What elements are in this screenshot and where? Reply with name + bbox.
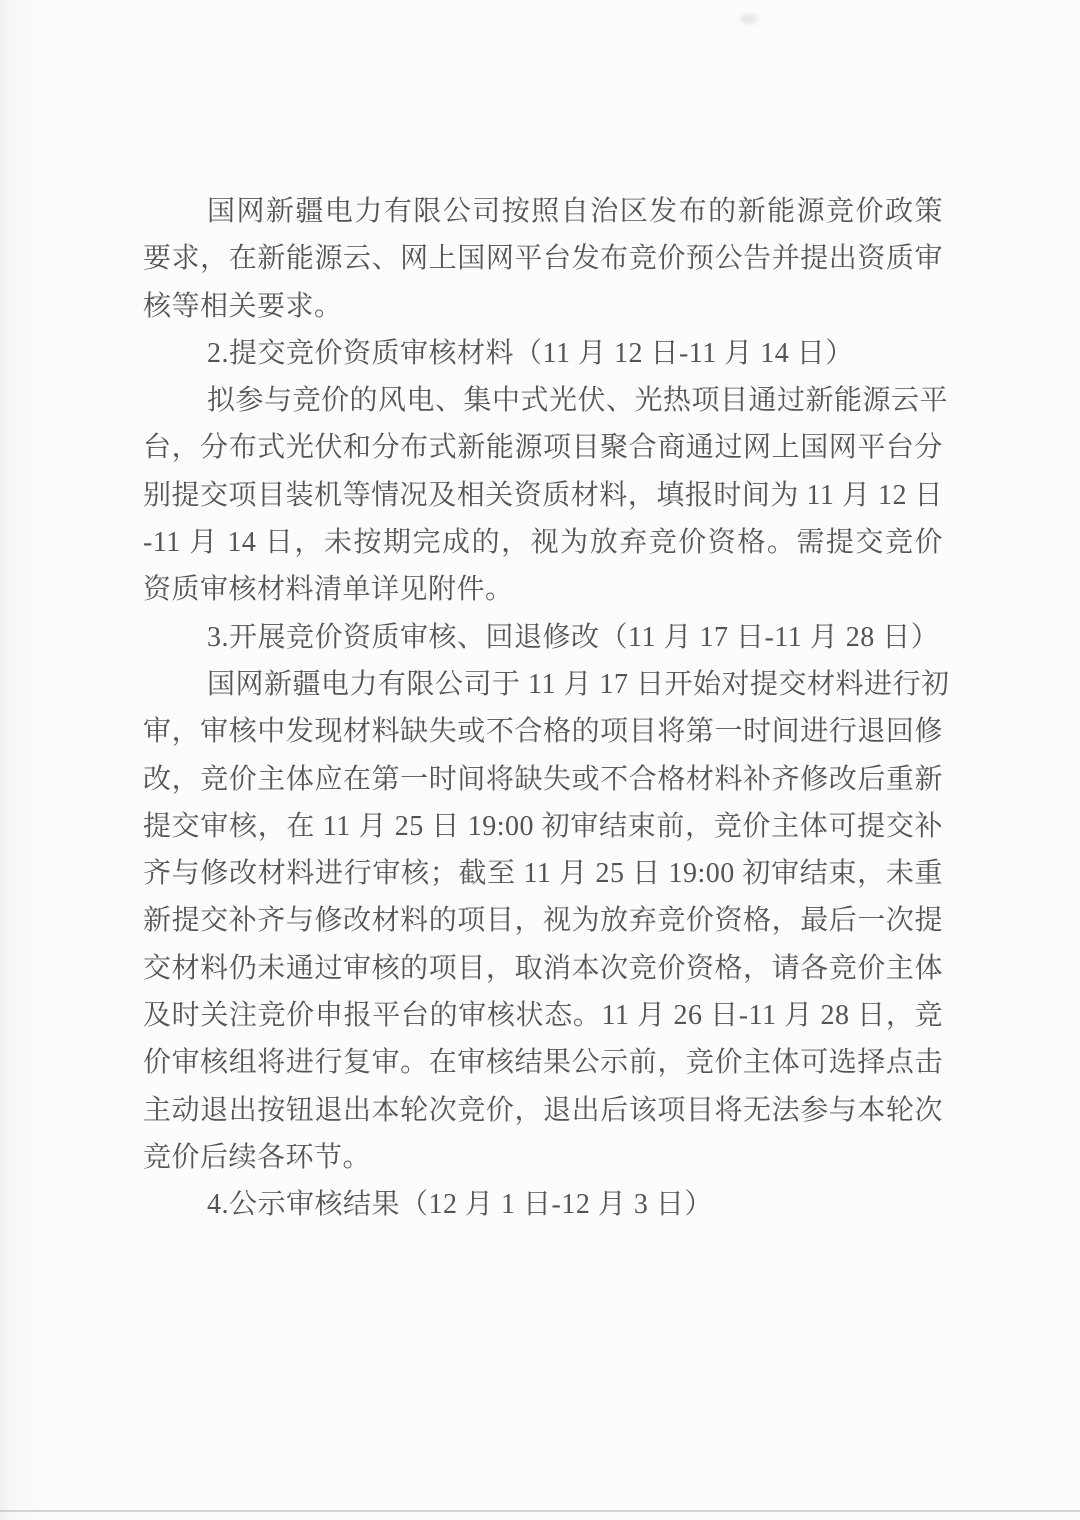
paragraph-4: 3.开展竞价资质审核、回退修改（11 月 17 日-11 月 28 日） (143, 614, 943, 661)
document-body: 国网新疆电力有限公司按照自治区发布的新能源竞价政策要求，在新能源云、网上国网平台… (143, 188, 943, 1229)
paragraph-2: 2.提交竞价资质审核材料（11 月 12 日-11 月 14 日） (143, 330, 943, 377)
text-line: 2.提交竞价资质审核材料（11 月 12 日-11 月 14 日） (143, 330, 943, 377)
text-line: 资质审核材料清单详见附件。 (143, 566, 943, 613)
text-line: 交材料仍未通过审核的项目，取消本次竞价资格，请各竞价主体 (143, 945, 943, 992)
text-line: 改，竞价主体应在第一时间将缺失或不合格材料补齐修改后重新 (143, 756, 943, 803)
text-line: 4.公示审核结果（12 月 1 日-12 月 3 日） (143, 1181, 943, 1228)
text-line: 齐与修改材料进行审核；截至 11 月 25 日 19:00 初审结束，未重 (143, 850, 943, 897)
document-page: 国网新疆电力有限公司按照自治区发布的新能源竞价政策要求，在新能源云、网上国网平台… (0, 0, 1080, 1520)
text-line: 国网新疆电力有限公司于 11 月 17 日开始对提交材料进行初 (143, 661, 943, 708)
text-line: 别提交项目装机等情况及相关资质材料，填报时间为 11 月 12 日 (143, 472, 943, 519)
text-line: 竞价后续各环节。 (143, 1134, 943, 1181)
paragraph-6: 4.公示审核结果（12 月 1 日-12 月 3 日） (143, 1181, 943, 1228)
text-line: 提交审核，在 11 月 25 日 19:00 初审结束前，竞价主体可提交补 (143, 803, 943, 850)
text-line: 新提交补齐与修改材料的项目，视为放弃竞价资格，最后一次提 (143, 897, 943, 944)
text-line: 主动退出按钮退出本轮次竞价，退出后该项目将无法参与本轮次 (143, 1087, 943, 1134)
text-line: 及时关注竞价申报平台的审核状态。11 月 26 日-11 月 28 日，竞 (143, 992, 943, 1039)
text-line: 国网新疆电力有限公司按照自治区发布的新能源竞价政策 (143, 188, 943, 235)
scan-edge-line (0, 1510, 1080, 1512)
text-line: 台，分布式光伏和分布式新能源项目聚合商通过网上国网平台分 (143, 424, 943, 471)
text-line: 拟参与竞价的风电、集中式光伏、光热项目通过新能源云平 (143, 377, 943, 424)
text-line: 核等相关要求。 (143, 283, 943, 330)
text-line: 价审核组将进行复审。在审核结果公示前，竞价主体可选择点击 (143, 1039, 943, 1086)
paragraph-5: 国网新疆电力有限公司于 11 月 17 日开始对提交材料进行初审，审核中发现材料… (143, 661, 943, 1181)
paragraph-1: 国网新疆电力有限公司按照自治区发布的新能源竞价政策要求，在新能源云、网上国网平台… (143, 188, 943, 330)
text-line: 审，审核中发现材料缺失或不合格的项目将第一时间进行退回修 (143, 708, 943, 755)
paragraph-3: 拟参与竞价的风电、集中式光伏、光热项目通过新能源云平台，分布式光伏和分布式新能源… (143, 377, 943, 613)
text-line: 要求，在新能源云、网上国网平台发布竞价预公告并提出资质审 (143, 235, 943, 282)
scan-smudge-artifact (740, 14, 758, 24)
text-line: 3.开展竞价资质审核、回退修改（11 月 17 日-11 月 28 日） (143, 614, 943, 661)
text-line: -11 月 14 日，未按期完成的，视为放弃竞价资格。需提交竞价 (143, 519, 943, 566)
